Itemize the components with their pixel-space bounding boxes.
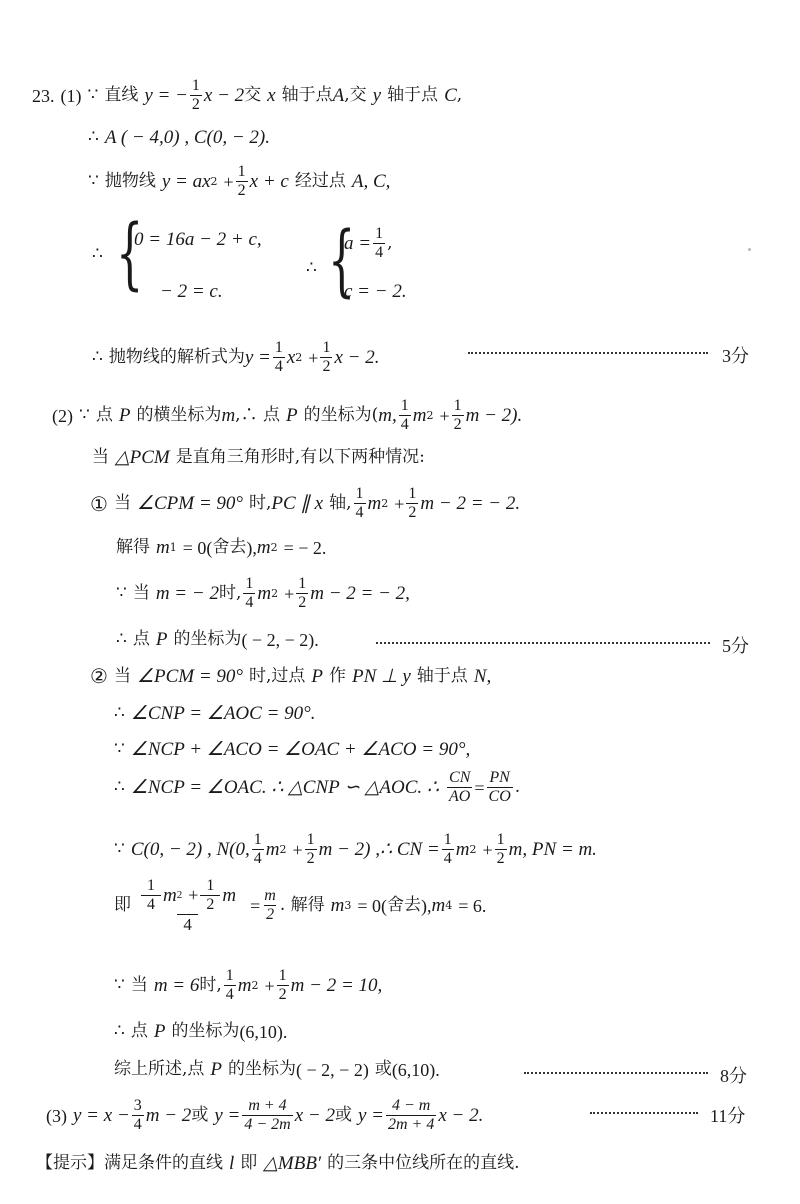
therefore-symbol: ∴	[92, 349, 103, 366]
problem-number: 23.	[32, 87, 55, 105]
fraction: 12	[200, 878, 220, 914]
fraction: 14	[442, 832, 454, 868]
subscript: 2	[271, 542, 278, 553]
part1-line1: 23. (1) ∵ 直线 y = − 12 x − 2 交 x 轴于点 A ,交…	[32, 78, 462, 114]
text: 作	[329, 668, 346, 685]
system2-eq2: c = − 2.	[344, 282, 407, 301]
var: m	[221, 406, 235, 425]
because-symbol: ∵	[88, 87, 99, 104]
fraction: 12	[406, 486, 418, 522]
exponent: 2	[381, 498, 388, 509]
part2-line2: 当 △PCM 是直角三角形时,有以下两种情况:	[92, 448, 425, 467]
equation: − 2 = c.	[160, 282, 223, 301]
part2-summary: 综上所述,点 P 的坐标为 ( − 2, − 2) 或 (6,10).	[114, 1060, 440, 1079]
because-symbol: ∵	[88, 173, 99, 190]
fraction: 14	[373, 226, 385, 262]
var: x	[287, 348, 295, 367]
therefore-symbol: ∴	[306, 260, 317, 277]
equation: 0 = 16a − 2 + c,	[134, 230, 262, 249]
text: 点	[133, 631, 150, 648]
math-expr: A ( − 4,0) , C(0, − 2).	[105, 128, 270, 147]
equation: a =	[344, 234, 371, 253]
punct: ),	[246, 539, 257, 557]
math-expr: ( − 2, − 2).	[241, 631, 318, 649]
exponent: 2	[295, 352, 302, 363]
var: P	[210, 1060, 222, 1079]
math-expr: (6,10).	[392, 1061, 440, 1079]
text: 时,	[199, 977, 221, 994]
var: m	[257, 584, 271, 603]
text: 即	[240, 1155, 257, 1172]
text: 或	[375, 1061, 392, 1078]
fraction: 34	[132, 1098, 144, 1134]
math-expr: m − 2	[146, 1106, 192, 1125]
var: m,	[378, 406, 396, 425]
case1-line3: ∵ 当 m = − 2 时, 14 m2 + 12 m − 2 = − 2,	[116, 576, 410, 612]
fraction: 14	[252, 832, 264, 868]
math-expr: = − 2.	[284, 539, 327, 557]
math-expr: m = 6	[154, 976, 200, 995]
text: 满足条件的直线	[104, 1155, 223, 1172]
dotted-leader	[376, 642, 710, 644]
case2-line1: ② 当 ∠PCM = 90° 时,过点 P 作 PN ⊥ y 轴于点 N,	[90, 666, 491, 686]
math-expr: PN ⊥ y	[352, 667, 411, 686]
math-expr: x − 2.	[438, 1106, 483, 1125]
part1-result: ∴ 抛物线的解析式为 y = 14 x2 + 12 x − 2.	[92, 340, 379, 376]
var: P	[119, 406, 131, 425]
text: 时,过点	[249, 668, 305, 685]
math-expr: m − 2 = 10,	[291, 976, 383, 995]
math-expr: = 0(	[183, 539, 213, 557]
op: +	[482, 841, 492, 859]
math-expr: A, C,	[352, 172, 391, 191]
text: 的横坐标为	[136, 407, 221, 424]
subscript: 1	[170, 542, 177, 553]
text: 即	[114, 897, 131, 914]
text: 或	[335, 1107, 352, 1124]
op: =	[474, 779, 484, 797]
math-expr: y =	[214, 1106, 240, 1125]
case2-line7: ∵ 当 m = 6 时, 14 m2 + 12 m − 2 = 10,	[114, 968, 382, 1004]
var: m	[238, 976, 252, 995]
scan-artifact	[748, 248, 751, 251]
text: 的坐标为	[228, 1061, 296, 1078]
text: 轴于点	[282, 87, 333, 104]
text: 时,	[219, 585, 241, 602]
hint-line: 【提示】 满足条件的直线 l 即 △MBB′ 的三条中位线所在的直线.	[36, 1154, 520, 1173]
subscript: 3	[344, 900, 351, 911]
math-expr: ∠NCP = ∠OAC. ∴ △CNP ∽ △AOC. ∴	[131, 778, 439, 797]
text: 综上所述,点	[114, 1061, 204, 1078]
text: ,∴ 点	[235, 407, 280, 424]
part3-line: (3) y = x − 34 m − 2 或 y = m + 44 − 2m x…	[46, 1098, 483, 1134]
var: P	[154, 1022, 166, 1041]
system1-eq1: 0 = 16a − 2 + c,	[134, 230, 262, 249]
exponent: 2	[211, 176, 218, 187]
var: A	[333, 86, 345, 105]
fraction: 12	[452, 398, 464, 434]
var: m	[156, 538, 170, 557]
var: m	[413, 406, 427, 425]
math-expr: = 6.	[458, 897, 486, 915]
fraction: 12	[320, 340, 332, 376]
fraction: 14	[141, 878, 161, 914]
math-expr: y =	[358, 1106, 384, 1125]
math-expr: m = − 2	[156, 584, 219, 603]
therefore-symbol: ∴	[92, 246, 103, 263]
punct: .	[515, 779, 520, 796]
text: 当	[114, 668, 131, 685]
math-expr: ( − 2, − 2)	[296, 1061, 369, 1079]
case1-line1: ① 当 ∠CPM = 90° 时, PC ∥ x 轴, 14 m2 + 12 m…	[90, 486, 520, 522]
therefore-symbol: ∴	[114, 779, 125, 796]
circled-one-marker: ①	[90, 494, 108, 514]
text: 当	[131, 977, 148, 994]
math-expr: x − 2.	[334, 348, 379, 367]
system1-eq2: − 2 = c.	[160, 282, 223, 301]
fraction: 4 − m2m + 4	[386, 1098, 436, 1134]
math-expr: x − 2	[204, 86, 244, 105]
fraction: CNAO	[447, 770, 472, 806]
exponent: 2	[426, 410, 433, 421]
math-expr: y = ax	[162, 172, 211, 191]
dotted-leader	[590, 1112, 698, 1114]
var: m	[456, 840, 470, 859]
math-expr: PC ∥ x	[271, 494, 323, 513]
math-expr: = 0(	[357, 897, 387, 915]
exponent: 2	[177, 890, 183, 902]
text: 舍去	[212, 539, 246, 556]
part1-line2: ∴ A ( − 4,0) , C(0, − 2).	[88, 128, 270, 147]
math-expr: C(0, − 2) , N(0,	[131, 840, 250, 859]
punct: ,	[457, 87, 462, 104]
case2-line6: 即 14 m2 + 12 m 4 = m2 . 解得 m3 = 0( 舍去 ),…	[114, 878, 486, 933]
because-symbol: ∵	[79, 407, 90, 424]
text: 时,	[249, 495, 271, 512]
text: 交	[244, 87, 261, 104]
op: +	[439, 407, 449, 425]
var: m	[331, 896, 345, 915]
op: +	[292, 841, 302, 859]
text: ,交	[344, 87, 366, 104]
text: 点	[131, 1023, 148, 1040]
case2-line8: ∴ 点 P 的坐标为 (6,10).	[114, 1022, 287, 1041]
var: m	[257, 538, 271, 557]
math-expr: y =	[245, 348, 271, 367]
var: m	[266, 840, 280, 859]
part1-label: (1)	[61, 87, 82, 105]
part1-line3: ∵ 抛物线 y = ax2 + 12 x + c 经过点 A, C,	[88, 164, 390, 200]
var: m	[432, 896, 446, 915]
circled-two-marker: ②	[90, 666, 108, 686]
text: 点	[96, 407, 113, 424]
math-expr: (6,10).	[239, 1023, 287, 1041]
var: P	[286, 406, 298, 425]
system1-therefore: ∴	[92, 246, 103, 263]
fraction: PNCO	[487, 770, 513, 806]
op: +	[284, 585, 294, 603]
text: 经过点	[295, 173, 346, 190]
text: 解得	[116, 539, 150, 556]
math-expr: m − 2).	[466, 406, 523, 425]
part3-label: (3)	[46, 1107, 67, 1125]
fraction: 12	[296, 576, 308, 612]
math-expr: y = −	[144, 86, 188, 105]
fraction: 14	[354, 486, 366, 522]
text: 的坐标为	[171, 1023, 239, 1040]
op: =	[250, 897, 260, 915]
dotted-leader	[468, 352, 708, 354]
text: 当	[114, 495, 131, 512]
therefore-symbol: ∴	[114, 705, 125, 722]
fraction: 12	[495, 832, 507, 868]
fraction: 12	[277, 968, 289, 1004]
score-label: 5分	[722, 632, 749, 658]
fraction: m2	[262, 888, 278, 924]
fraction: 12	[236, 164, 248, 200]
op: +	[224, 173, 234, 191]
case1-line2: 解得 m1 = 0( 舍去 ), m2 = − 2.	[116, 538, 326, 557]
denominator: 4	[177, 914, 198, 934]
math-expr: m − 2 = − 2,	[310, 584, 410, 603]
text: . 解得	[280, 897, 325, 914]
fraction: m + 44 − 2m	[242, 1098, 292, 1134]
part2-label: (2)	[52, 407, 73, 425]
left-brace-icon: {	[116, 215, 143, 293]
score-label: 3分	[722, 342, 749, 368]
math-expr: ∠CPM = 90°	[137, 494, 243, 513]
text: 轴,	[329, 495, 351, 512]
math-expr: y = x −	[73, 1106, 130, 1125]
therefore-symbol: ∴	[116, 631, 127, 648]
math-expr: m, PN = m.	[509, 840, 597, 859]
hint-label: 【提示】	[36, 1155, 104, 1172]
text: 当	[133, 585, 150, 602]
text: 轴于点	[417, 668, 468, 685]
math-expr: ∠NCP + ∠ACO = ∠OAC + ∠ACO = 90°,	[131, 740, 470, 759]
var: m	[222, 886, 236, 906]
text: 抛物线的解析式为	[109, 349, 245, 366]
score-label: 8分	[720, 1062, 747, 1088]
text: 的坐标为	[173, 631, 241, 648]
fraction: 14	[273, 340, 285, 376]
punct: ),	[421, 897, 432, 915]
text: 的三条中位线所在的直线.	[327, 1155, 519, 1172]
case1-line4: ∴ 点 P 的坐标为 ( − 2, − 2).	[116, 630, 319, 649]
text: 轴于点	[387, 87, 438, 104]
therefore-symbol: ∴	[88, 129, 99, 146]
case2-line2: ∴ ∠CNP = ∠AOC = 90°.	[114, 704, 316, 723]
because-symbol: ∵	[114, 841, 125, 858]
math-expr: m − 2 = − 2.	[420, 494, 520, 513]
op: +	[188, 886, 198, 905]
exponent: 2	[279, 844, 286, 855]
triangle-symbol: △MBB′	[263, 1154, 321, 1173]
op: +	[265, 977, 275, 995]
exponent: 2	[469, 844, 476, 855]
equation: c = − 2.	[344, 282, 407, 301]
math-expr: m − 2) ,∴ CN =	[319, 840, 440, 859]
var: m	[163, 886, 177, 906]
text: 直线	[104, 87, 138, 104]
fraction: 14	[243, 576, 255, 612]
op: +	[394, 495, 404, 513]
punct: ,	[387, 235, 392, 252]
op: +	[308, 349, 318, 367]
var: P	[156, 630, 168, 649]
math-expr: x − 2	[295, 1106, 335, 1125]
therefore-symbol: ∴	[114, 1023, 125, 1040]
text: 舍去	[387, 897, 421, 914]
dotted-leader	[524, 1072, 708, 1074]
system2-eq1: a = 14 ,	[344, 226, 392, 262]
var: N,	[474, 667, 491, 686]
text: 或	[191, 1107, 208, 1124]
var: m	[368, 494, 382, 513]
part2-line1: (2) ∵ 点 P 的横坐标为 m ,∴ 点 P 的坐标为( m, 14 m2 …	[52, 398, 522, 434]
compound-fraction: 14 m2 + 12 m 4	[133, 878, 242, 933]
text: 抛物线	[105, 173, 156, 190]
var: P	[311, 667, 323, 686]
fraction: 12	[190, 78, 202, 114]
math-expr: x + c	[250, 172, 289, 191]
because-symbol: ∵	[114, 741, 125, 758]
score-label: 11分	[710, 1102, 745, 1128]
text: 是直角三角形时,有以下两种情况:	[176, 449, 425, 466]
because-symbol: ∵	[116, 585, 127, 602]
exponent: 2	[271, 588, 278, 599]
var: l	[229, 1154, 234, 1173]
text: 当	[92, 449, 109, 466]
fraction: 14	[399, 398, 411, 434]
text: 的坐标为(	[304, 407, 379, 424]
subscript: 4	[445, 900, 452, 911]
case2-line4: ∴ ∠NCP = ∠OAC. ∴ △CNP ∽ △AOC. ∴ CNAO = P…	[114, 770, 520, 806]
exponent: 2	[252, 980, 259, 991]
fraction: 14	[224, 968, 236, 1004]
because-symbol: ∵	[114, 977, 125, 994]
case2-line3: ∵ ∠NCP + ∠ACO = ∠OAC + ∠ACO = 90°,	[114, 740, 470, 759]
case2-line5: ∵ C(0, − 2) , N(0, 14 m2 + 12 m − 2) ,∴ …	[114, 832, 597, 868]
math-expr: ∠PCM = 90°	[137, 667, 243, 686]
var: C	[444, 86, 457, 105]
triangle-symbol: △PCM	[115, 448, 170, 467]
var: y	[373, 86, 381, 105]
system2-therefore: ∴	[306, 260, 317, 277]
var: x	[267, 86, 275, 105]
fraction: 12	[305, 832, 317, 868]
math-expr: ∠CNP = ∠AOC = 90°.	[131, 704, 316, 723]
